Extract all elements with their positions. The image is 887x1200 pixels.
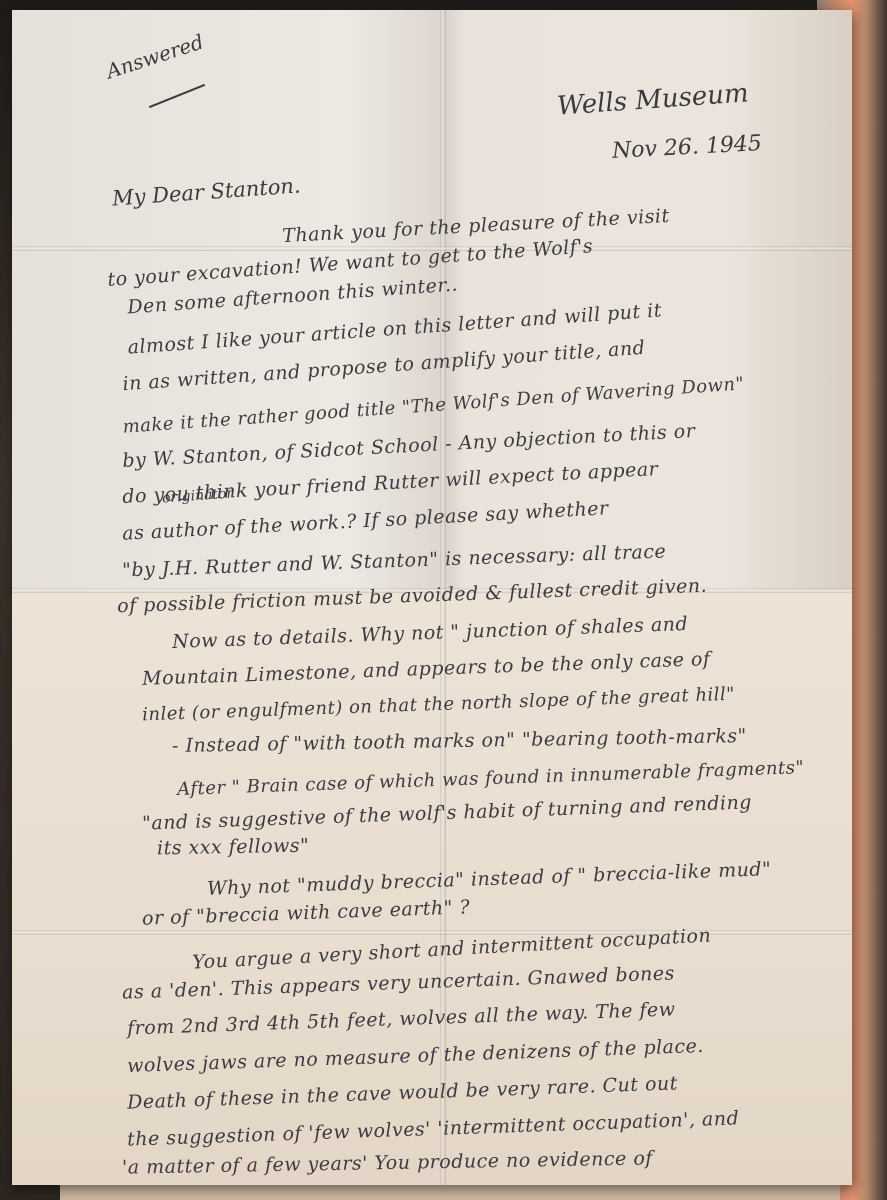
body-line: Thank you for the pleasure of the visit	[282, 205, 670, 247]
letter-date: Nov 26. 1945	[611, 131, 762, 164]
body-line: as author of the work.? If so please say…	[122, 497, 609, 544]
letter-header-place: Wells Museum	[556, 78, 749, 121]
letter-sheet: Answered Wells Museum Nov 26. 1945 My De…	[12, 10, 852, 1185]
answered-annotation: Answered	[103, 29, 206, 83]
salutation: My Dear Stanton.	[111, 173, 301, 210]
annotation-underline	[149, 84, 205, 108]
body-line: its xxx fellows"	[157, 835, 310, 860]
horizontal-fold	[12, 930, 852, 935]
body-line: "by J.H. Rutter and W. Stanton" is neces…	[122, 541, 667, 582]
